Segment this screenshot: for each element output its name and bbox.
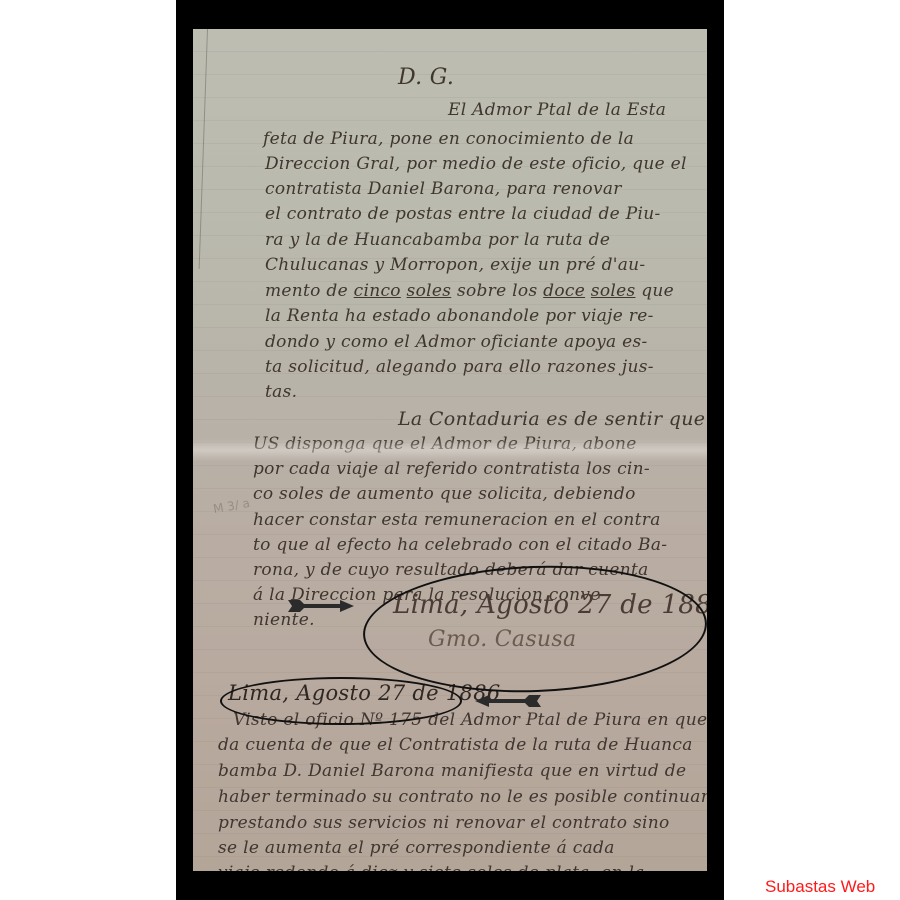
second-entry-line: prestando sus servicios ni renovar el co…: [218, 815, 670, 832]
text-fragment: mento de: [265, 281, 354, 301]
body-line: el contrato de postas entre la ciudad de…: [265, 206, 661, 223]
body-line: El Admor Ptal de la Esta: [448, 102, 666, 119]
second-entry-line: da cuenta de que el Contratista de la ru…: [218, 737, 693, 754]
second-entry-line: viaje redondo á diez y siete soles de pl…: [218, 865, 645, 871]
body-line: ta solicitud, alegando para ello razones…: [265, 359, 654, 376]
body-line: to que al efecto ha celebrado con el cit…: [253, 537, 667, 554]
document-page: M 3/ a D. G. El Admor Ptal de la Esta fe…: [193, 29, 707, 871]
body-line: tas.: [265, 384, 297, 401]
underlined-word: soles: [591, 281, 636, 301]
second-entry-date: Lima, Agosto 27 de 1886: [228, 683, 501, 704]
body-line: US disponga que el Admor de Piura, abone: [253, 436, 637, 453]
text-fragment: que: [635, 281, 674, 301]
watermark-label: Subastas Web: [765, 877, 875, 897]
body-line: feta de Piura, pone en conocimiento de l…: [263, 131, 634, 148]
arrow-left-icon: [473, 693, 543, 709]
body-line: dondo y como el Admor oficiante apoya es…: [265, 334, 648, 351]
body-line: co soles de aumento que solicita, debien…: [253, 486, 636, 503]
body-line: hacer constar esta remuneracion en el co…: [253, 512, 661, 529]
signature: Gmo. Casusa: [428, 629, 576, 651]
underlined-word: soles: [407, 281, 452, 301]
second-entry-line: Visto el oficio Nº 175 del Admor Ptal de…: [233, 712, 707, 729]
body-line: rona, y de cuyo resultado deberá dar cue…: [253, 562, 649, 579]
faint-margin-notes: M 3/ a: [212, 496, 251, 516]
body-line: por cada viaje al referido contratista l…: [253, 461, 650, 478]
margin-fold-line: [199, 29, 208, 269]
paragraph-start: La Contaduria es de sentir que: [398, 410, 705, 429]
underlined-word: doce: [543, 281, 585, 301]
arrow-right-icon: [286, 598, 356, 614]
body-line: Direccion Gral, por medio de este oficio…: [265, 156, 687, 173]
heading-mark: D. G.: [398, 67, 454, 89]
body-line-underlined: mento de cinco soles sobre los doce sole…: [265, 283, 674, 300]
second-entry-line: se le aumenta el pré correspondiente á c…: [218, 840, 615, 857]
body-line: niente.: [253, 612, 315, 629]
body-line: Chulucanas y Morropon, exije un pré d'au…: [265, 257, 645, 274]
signature-place-date: Lima, Agosto 27 de 1886: [393, 592, 707, 618]
body-line: ra y la de Huancabamba por la ruta de: [265, 232, 610, 249]
body-line: la Renta ha estado abonandole por viaje …: [265, 308, 654, 325]
second-entry-line: haber terminado su contrato no le es pos…: [218, 789, 707, 806]
underlined-word: cinco: [354, 281, 401, 301]
text-fragment: sobre los: [451, 281, 543, 301]
body-line: contratista Daniel Barona, para renovar: [265, 181, 622, 198]
second-entry-line: bamba D. Daniel Barona manifiesta que en…: [218, 763, 686, 780]
